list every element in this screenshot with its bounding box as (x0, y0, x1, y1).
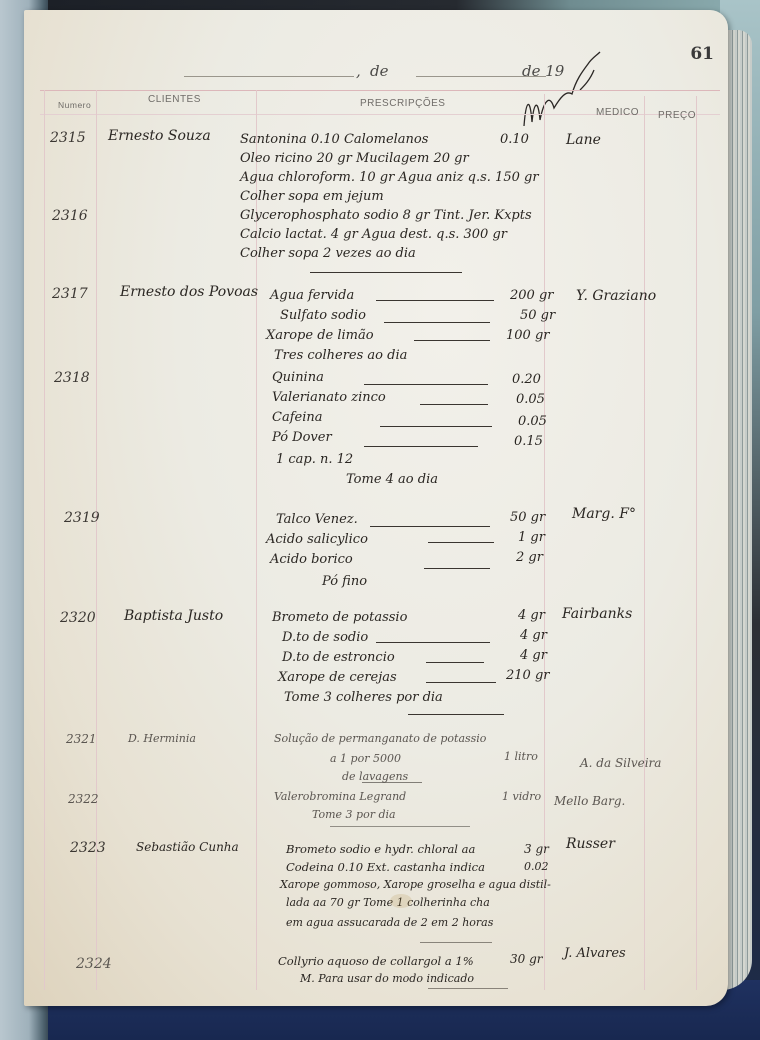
rx-line: Tres colheres ao dia (274, 348, 407, 363)
rx-qty: 1 litro (504, 750, 538, 763)
col-header-numero: Numero (58, 100, 91, 110)
entry-client: Ernesto dos Povoas (120, 284, 258, 300)
entry-doctor: Lane (566, 132, 601, 148)
rx-qty: 100 gr (506, 328, 549, 343)
rx-qty: 1 vidro (502, 790, 541, 803)
rx-dash (380, 426, 492, 427)
rx-line: Cafeina (272, 410, 322, 425)
entry-client: D. Herminia (128, 732, 196, 745)
rx-line: Colher sopa 2 vezes ao dia (240, 246, 416, 261)
rx-line: Acido borico (270, 552, 353, 567)
rx-dash (364, 446, 478, 447)
col-header-prescripcoes: PRESCRIPÇÕES (360, 98, 445, 109)
rx-qty: 0.20 (512, 372, 541, 387)
entry-client: Ernesto Souza (108, 128, 211, 144)
rx-line: Acido salicylico (266, 532, 368, 547)
rx-line: Quinina (272, 370, 324, 385)
entry-number: 2319 (64, 510, 100, 526)
entry-doctor: Russer (566, 836, 615, 852)
entry-number: 2322 (68, 792, 99, 806)
entry-doctor: Fairbanks (562, 606, 632, 622)
rx-dash (428, 542, 494, 543)
rx-qty: 0.02 (524, 860, 549, 873)
entry-separator (330, 826, 470, 827)
rx-dash (364, 384, 488, 385)
col-sep-preco (696, 96, 697, 990)
rx-line: Tome 3 colheres por dia (284, 690, 443, 705)
rx-line: Collyrio aquoso de collargol a 1% (278, 954, 474, 968)
entry-number: 2316 (52, 208, 88, 224)
rx-qty: 0.05 (518, 414, 547, 429)
rx-line: a 1 por 5000 (330, 752, 401, 765)
rx-qty: 0.10 (500, 132, 529, 147)
entry-number: 2320 (60, 610, 96, 626)
rx-line: Xarope de cerejas (278, 670, 397, 685)
rx-line: 1 cap. n. 12 (276, 452, 353, 467)
rx-qty: 0.05 (516, 392, 545, 407)
rx-line: Calcio lactat. 4 gr Agua dest. q.s. 300 … (240, 227, 507, 242)
rx-qty: 4 gr (520, 648, 547, 663)
entry-separator (408, 714, 504, 715)
rx-qty: 4 gr (518, 608, 545, 623)
rx-line: Valerobromina Legrand (274, 790, 406, 803)
date-de-1: de (370, 62, 388, 80)
entry-doctor: Mello Barg. (554, 794, 625, 808)
rx-line: Brometo sodio e hydr. chloral aa (286, 842, 475, 856)
rx-line: D.to de sodio (282, 630, 368, 645)
rx-line: Colher sopa em jejum (240, 189, 384, 204)
col-sep-medico (644, 96, 645, 990)
rx-dash (424, 568, 490, 569)
ledger-page: 61 , de de 19 Numero CLIENTES PRESCRIPÇÕ… (24, 10, 728, 1006)
rx-dash (426, 662, 484, 663)
rx-line: M. Para usar do modo indicado (300, 972, 474, 985)
rx-line: Sulfato sodio (280, 308, 366, 323)
date-rule-day (184, 76, 354, 77)
rx-line: Talco Venez. (276, 512, 358, 527)
paper-stain (390, 894, 412, 908)
rx-dash (420, 404, 488, 405)
rx-qty: 1 gr (518, 530, 545, 545)
entry-doctor: Marg. F° (572, 506, 636, 522)
rx-qty: 0.15 (514, 434, 543, 449)
entry-number: 2318 (54, 370, 90, 386)
rx-line: Agua fervida (270, 288, 354, 303)
rx-line: lada aa 70 gr Tome 1 colherinha cha (286, 896, 490, 909)
entry-number: 2315 (50, 130, 86, 146)
rx-qty: 210 gr (506, 668, 549, 683)
entry-client: Sebastião Cunha (136, 840, 239, 854)
rx-line: Agua chloroform. 10 gr Agua aniz q.s. 15… (240, 170, 539, 185)
rx-line: Solução de permanganato de potassio (274, 732, 486, 745)
entry-doctor: Y. Graziano (576, 288, 656, 304)
rx-dash (426, 682, 496, 683)
rx-line: Tome 4 ao dia (346, 472, 438, 487)
entry-doctor: A. da Silveira (580, 756, 661, 770)
rx-dash (414, 340, 490, 341)
rx-line: Brometo de potassio (272, 610, 407, 625)
rx-qty: 3 gr (524, 842, 549, 856)
entry-number: 2323 (70, 840, 106, 856)
rx-dash (370, 526, 490, 527)
date-comma: , (356, 62, 361, 80)
rx-qty: 50 gr (520, 308, 555, 323)
page-number: 61 (690, 44, 714, 64)
rx-line: Glycerophosphato sodio 8 gr Tint. Jer. K… (240, 208, 532, 223)
margin-line (44, 90, 45, 990)
rx-qty: 2 gr (516, 550, 543, 565)
rx-qty: 30 gr (510, 952, 543, 966)
rx-line: Santonina 0.10 Calomelanos (240, 132, 428, 147)
entry-separator (310, 272, 462, 273)
rx-qty: 4 gr (520, 628, 547, 643)
entry-number: 2321 (66, 732, 97, 746)
rx-line: Xarope gommoso, Xarope groselha e agua d… (280, 878, 551, 891)
col-header-preco: PREÇO (658, 110, 696, 121)
entry-number: 2317 (52, 286, 88, 302)
rx-line: em agua assucarada de 2 em 2 horas (286, 916, 493, 929)
rx-line: Pó Dover (272, 430, 332, 445)
rx-line: Oleo ricino 20 gr Mucilagem 20 gr (240, 151, 469, 166)
rx-line: Tome 3 por dia (312, 808, 396, 821)
rx-line: Codeina 0.10 Ext. castanha indica (286, 860, 485, 874)
rx-line: D.to de estroncio (282, 650, 395, 665)
col-header-medico: MEDICO (596, 107, 639, 118)
entry-separator (420, 942, 492, 943)
rx-dash (376, 642, 490, 643)
col-header-clientes: CLIENTES (148, 94, 201, 105)
rx-line: Valerianato zinco (272, 390, 386, 405)
rx-dash (376, 300, 494, 301)
rx-qty: 50 gr (510, 510, 545, 525)
entry-client: Baptista Justo (124, 608, 223, 624)
col-sep-clientes (256, 90, 257, 990)
rx-line: Pó fino (322, 574, 367, 589)
entry-separator (428, 988, 508, 989)
rx-dash (384, 322, 490, 323)
rx-qty: 200 gr (510, 288, 553, 303)
rx-dash (362, 782, 422, 783)
entry-doctor: J. Alvares (564, 946, 626, 961)
header-top-rule (40, 90, 720, 91)
entry-number: 2324 (76, 956, 112, 972)
rx-line: Xarope de limão (266, 328, 374, 343)
